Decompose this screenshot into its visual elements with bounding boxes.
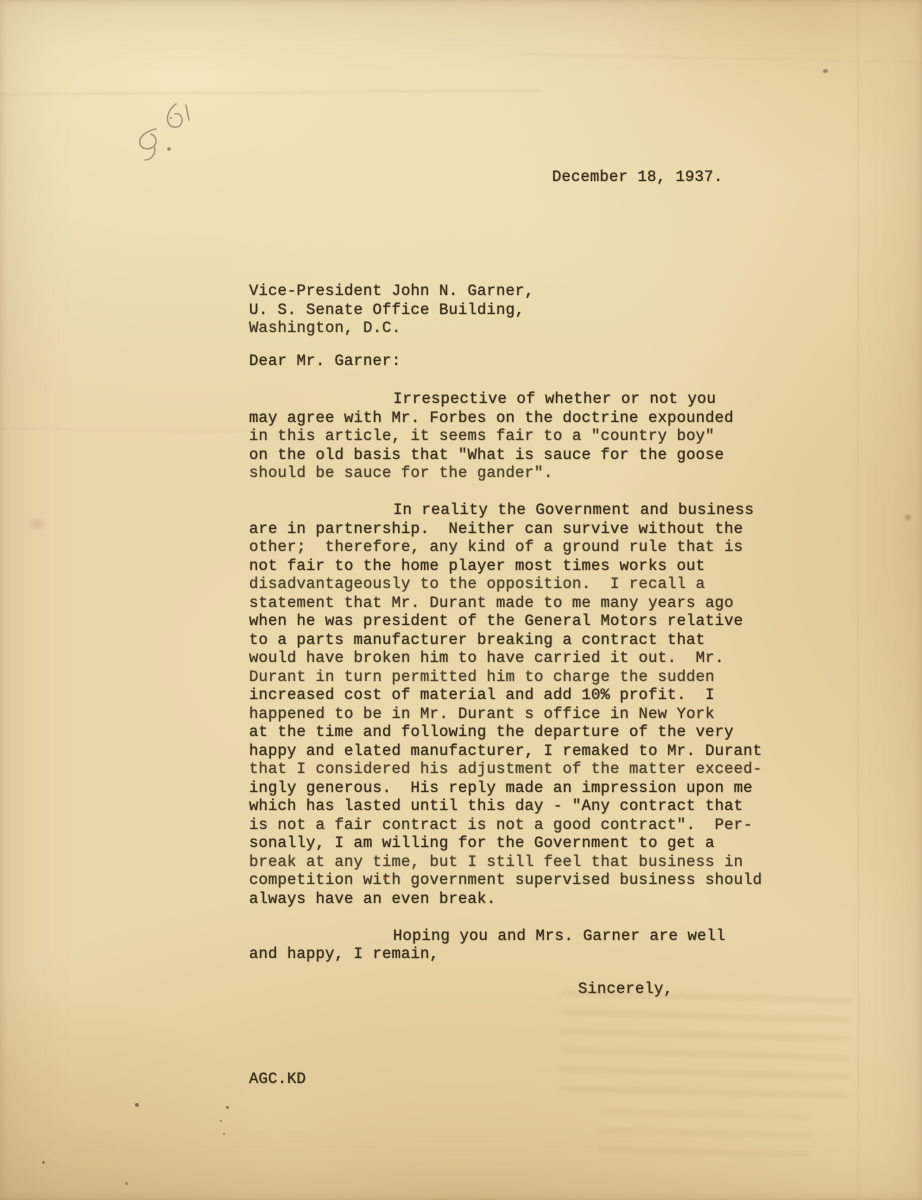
typed-line: is not a fair contract is not a good con… [249,816,762,835]
typed-line: when he was president of the General Mot… [249,612,762,631]
salutation: Dear Mr. Garner: [249,352,401,371]
typed-line: not fair to the home player most times w… [249,557,762,576]
address-line: Washington, D.C. [249,319,534,338]
typed-line: at the time and following the departure … [249,723,762,742]
typed-line: would have broken him to have carried it… [249,649,762,668]
scan-speck [135,1103,139,1107]
typed-line: increased cost of material and add 10% p… [249,686,762,705]
letter-body: Irrespective of whether or not youmay ag… [249,390,762,964]
pencil-scribble-icon [120,85,230,195]
closing-line: Sincerely, [578,980,673,999]
scan-speck [823,69,828,73]
paper-crease [0,429,260,434]
scan-speck [125,1182,128,1185]
letter-date: December 18, 1937. [552,168,723,187]
scan-speck [226,1106,229,1109]
typed-line: should be sauce for the gander". [249,464,762,483]
typed-line: in this article, it seems fair to a "cou… [249,427,762,446]
paper-crease [0,90,540,96]
typed-line: may agree with Mr. Forbes on the doctrin… [249,409,762,428]
paragraph: Irrespective of whether or not youmay ag… [249,390,762,483]
typed-line: are in partnership. Neither can survive … [249,520,762,539]
typed-line: Irrespective of whether or not you [249,390,762,409]
address-line: Vice-President John N. Garner, [249,282,534,301]
typed-line: always have an even break. [249,890,762,909]
typed-line: ingly generous. His reply made an impres… [249,779,762,798]
typed-line: which has lasted until this day - "Any c… [249,797,762,816]
bleed-through-marks [559,991,852,1104]
typed-line: break at any time, but I still feel that… [249,853,762,872]
scan-speck [30,520,44,528]
typed-line: other; therefore, any kind of a ground r… [249,538,762,557]
typed-line: happy and elated manufacturer, I remaked… [249,742,762,761]
scanned-letter-page: December 18, 1937. Vice-President John N… [0,0,922,1200]
typed-line: that I considered his adjustment of the … [249,760,762,779]
bleed-through-marks [599,1102,810,1162]
scan-speck [223,1133,225,1135]
typed-line: competition with government supervised b… [249,871,762,890]
typed-line: Durant in turn permitted him to charge t… [249,668,762,687]
paragraph: Hoping you and Mrs. Garner are welland h… [249,927,762,964]
typed-line: happened to be in Mr. Durant s office in… [249,705,762,724]
typed-line: statement that Mr. Durant made to me man… [249,594,762,613]
typed-line: In reality the Government and business [249,501,762,520]
scan-speck [905,515,911,520]
recipient-address: Vice-President John N. Garner,U. S. Sena… [249,282,534,338]
paragraph: In reality the Government and businessar… [249,501,762,908]
paper-crease [520,54,922,64]
typist-initials: AGC.KD [249,1070,306,1089]
typed-line: and happy, I remain, [249,945,762,964]
scan-speck [220,1120,222,1122]
typed-line: Hoping you and Mrs. Garner are well [249,927,762,946]
address-line: U. S. Senate Office Building, [249,301,534,320]
typed-line: to a parts manufacturer breaking a contr… [249,631,762,650]
typed-line: on the old basis that "What is sauce for… [249,446,762,465]
paper-crease [858,0,860,1200]
typed-line: sonally, I am willing for the Government… [249,834,762,853]
typed-line: disadvantageously to the opposition. I r… [249,575,762,594]
scan-speck [42,1161,45,1164]
